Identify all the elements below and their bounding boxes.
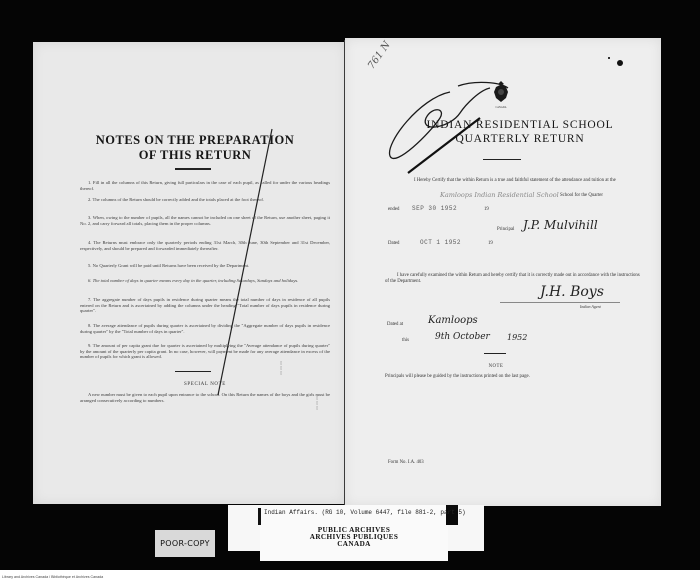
dated-at-place: Kamloops bbox=[428, 315, 478, 326]
faint-marks: ▯▯▯ bbox=[280, 360, 282, 375]
dated-year-suffix: 19 bbox=[488, 241, 493, 247]
ink-speck bbox=[608, 57, 610, 59]
label-edge-mark bbox=[258, 508, 261, 525]
form-heading-line2: QUARTERLY RETURN bbox=[410, 132, 630, 147]
this-label: this bbox=[402, 338, 409, 344]
poor-copy-label: POOR-COPY bbox=[155, 530, 215, 557]
dated-label: Dated bbox=[388, 241, 399, 247]
school-for-quarter-label: School for the Quarter bbox=[560, 193, 603, 199]
footer-credit: Library and Archives Canada / Bibliothèq… bbox=[2, 575, 103, 579]
principal-signature: J.P. Mulvihill bbox=[523, 218, 598, 232]
archive-title-country: CANADA bbox=[260, 540, 448, 548]
agent-title: Indian Agent bbox=[580, 304, 601, 310]
note-9: 9. The amount of per capita grant due fo… bbox=[80, 343, 330, 360]
note-1: 1. Fill in all the columns of this Retur… bbox=[80, 180, 330, 191]
this-date: 9th October bbox=[435, 332, 490, 342]
left-page bbox=[33, 42, 345, 504]
archive-reference: Indian Affairs. (RG 10, Volume 6447, fil… bbox=[264, 509, 466, 516]
special-note-text: A new number must be given to each pupil… bbox=[80, 392, 330, 403]
note-heading: NOTE bbox=[484, 364, 508, 370]
school-name-field: Kamloops Indian Residential School bbox=[440, 191, 559, 199]
principal-label: Principal bbox=[497, 227, 514, 233]
ended-date-stamp: SEP 30 1952 bbox=[412, 205, 457, 212]
special-note-heading: SPECIAL NOTE bbox=[80, 382, 330, 387]
ink-spot bbox=[617, 60, 623, 66]
agent-signature: J.H. Boys bbox=[540, 284, 604, 300]
faint-marks-margin: ▯▯▯ bbox=[316, 395, 318, 410]
notes-heading-line1: NOTES ON THE PREPARATION bbox=[60, 133, 330, 148]
certify-text: I Hereby Certify that the within Return … bbox=[400, 178, 645, 184]
form-heading-divider bbox=[483, 159, 521, 160]
note-7: 7. The aggregate number of days pupils i… bbox=[80, 297, 330, 314]
note-text: Principals will please be guided by the … bbox=[385, 374, 645, 380]
note-6: 6. The total number of days in quarter m… bbox=[80, 278, 330, 284]
ended-label: ended bbox=[388, 207, 399, 213]
form-heading-line1: INDIAN RESIDENTIAL SCHOOL bbox=[410, 118, 630, 133]
heading-divider bbox=[175, 168, 211, 170]
notes-heading-line2: OF THIS RETURN bbox=[60, 148, 330, 163]
note-4: 4. The Returns must embrace only the qua… bbox=[80, 240, 330, 251]
dated-stamp: OCT 1 1952 bbox=[420, 239, 461, 246]
canada-coat-of-arms-icon bbox=[490, 80, 512, 104]
note-5: 5. No Quarterly Grant will be paid until… bbox=[80, 263, 330, 269]
note-3: 3. When, owing to the number of pupils, … bbox=[80, 215, 330, 226]
this-year: 1952 bbox=[507, 333, 527, 342]
note-2: 2. The columns of the Return should be c… bbox=[80, 197, 330, 203]
special-note-divider bbox=[175, 371, 211, 372]
emblem-caption: CANADA bbox=[489, 106, 513, 109]
note-8: 8. The average attendance of pupils duri… bbox=[80, 323, 330, 334]
agent-signature-line bbox=[500, 302, 620, 303]
dated-at-label: Dated at bbox=[387, 322, 403, 328]
note-divider bbox=[484, 353, 506, 354]
form-number: Form No. I.A. 403 bbox=[388, 460, 424, 465]
ended-year-suffix: 19 bbox=[484, 207, 489, 213]
